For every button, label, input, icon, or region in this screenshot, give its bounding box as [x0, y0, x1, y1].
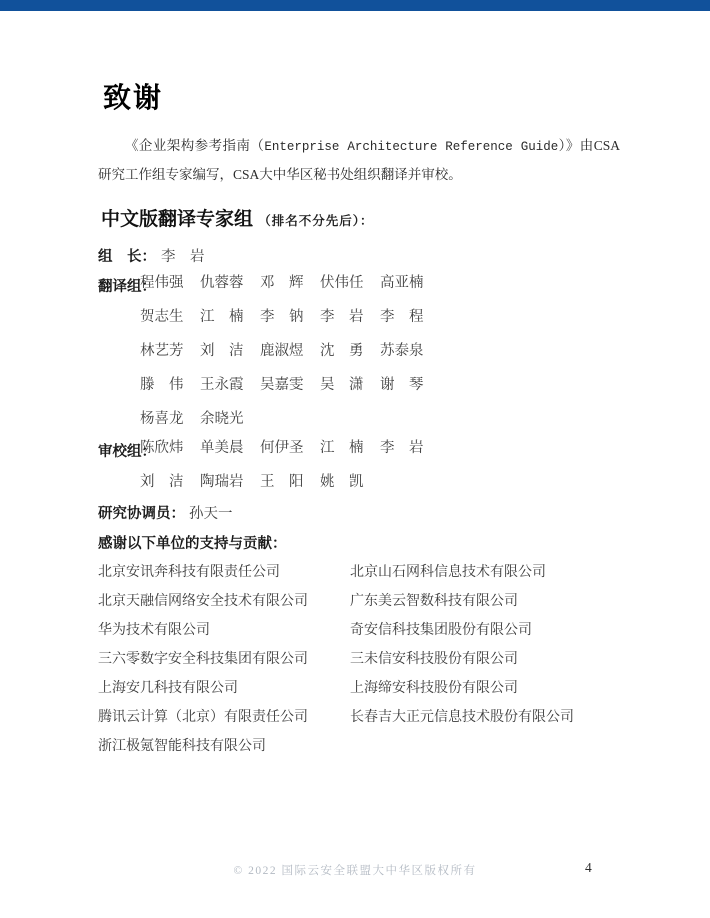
member-name: 滕 伟 [140, 369, 187, 402]
company-name: 腾讯云计算（北京）有限责任公司 [98, 709, 350, 726]
company-name: 北京安讯奔科技有限责任公司 [98, 564, 350, 581]
name-row: 刘 洁陶瑞岩王 阳姚 凯 [140, 465, 440, 499]
company-row: 北京天融信网络安全技术有限公司广东美云智数科技有限公司 [98, 593, 623, 610]
name-row: 程伟强仇蓉蓉邓 辉伏伟任高亚楠 [140, 266, 440, 300]
company-name: 浙江极氪智能科技有限公司 [98, 738, 350, 755]
company-row: 上海安几科技有限公司上海缔安科技股份有限公司 [98, 680, 623, 697]
company-name: 北京天融信网络安全技术有限公司 [98, 593, 350, 610]
member-name: 江 楠 [200, 301, 247, 334]
member-name: 李 岩 [380, 432, 427, 465]
company-name: 上海缔安科技股份有限公司 [350, 680, 623, 697]
reviewers-group: 审校组： 陈欣炜单美晨何伊圣江 楠李 岩 刘 洁陶瑞岩王 阳姚 凯 [98, 431, 440, 499]
member-name: 吴嘉雯 [260, 369, 307, 402]
company-row: 浙江极氪智能科技有限公司 [98, 738, 623, 755]
page-title: 致谢 [103, 76, 163, 116]
header-accent-bar [0, 0, 710, 11]
member-name: 林艺芳 [140, 335, 187, 368]
page-number: 4 [585, 860, 592, 876]
member-name: 刘 洁 [200, 335, 247, 368]
member-name: 王 阳 [260, 466, 307, 499]
section-heading: 中文版翻译专家组 （排名不分先后）： [101, 204, 374, 231]
companies-list: 北京安讯奔科技有限责任公司北京山石网科信息技术有限公司 北京天融信网络安全技术有… [98, 564, 623, 767]
member-name: 邓 辉 [260, 267, 307, 300]
leader-label: 组 长： [98, 249, 156, 265]
member-name: 单美晨 [200, 432, 247, 465]
member-name: 仇蓉蓉 [200, 267, 247, 300]
company-row: 华为技术有限公司奇安信科技集团股份有限公司 [98, 622, 623, 639]
company-row: 三六零数字安全科技集团有限公司三未信安科技股份有限公司 [98, 651, 623, 668]
reviewers-label: 审校组： [98, 440, 156, 461]
member-name: 姚 凯 [320, 466, 367, 499]
coordinator-label: 研究协调员： [98, 506, 185, 522]
name-row: 林艺芳刘 洁鹿淑煜沈 勇苏泰泉 [140, 334, 440, 368]
section-heading-note: （排名不分先后）： [258, 214, 373, 228]
member-name: 沈 勇 [320, 335, 367, 368]
member-name: 鹿淑煜 [260, 335, 307, 368]
intro-text-cn-open: 《企业架构参考指南（ [125, 138, 264, 153]
leader-row: 组 长：李 岩 [98, 245, 205, 266]
member-name: 李 程 [380, 301, 427, 334]
coordinator-row: 研究协调员：孙天一 [98, 502, 233, 523]
section-heading-text: 中文版翻译专家组 [101, 209, 253, 230]
thanks-heading: 感谢以下单位的支持与贡献： [98, 532, 287, 553]
leader-name: 李 岩 [161, 249, 205, 265]
member-name: 何伊圣 [260, 432, 307, 465]
member-name: 苏泰泉 [380, 335, 427, 368]
intro-text-en: Enterprise Architecture Reference Guide [264, 140, 558, 154]
member-name: 江 楠 [320, 432, 367, 465]
member-name: 李 岩 [320, 301, 367, 334]
name-row: 陈欣炜单美晨何伊圣江 楠李 岩 [140, 431, 440, 465]
footer-copyright: © 2022 国际云安全联盟大中华区版权所有 [0, 862, 710, 878]
member-name: 吴 潇 [320, 369, 367, 402]
company-name: 长春吉大正元信息技术股份有限公司 [350, 709, 623, 726]
coordinator-name: 孙天一 [189, 506, 233, 522]
member-name: 李 钠 [260, 301, 307, 334]
company-name: 三六零数字安全科技集团有限公司 [98, 651, 350, 668]
member-name: 谢 琴 [380, 369, 427, 402]
member-name: 伏伟任 [320, 267, 367, 300]
company-name: 北京山石网科信息技术有限公司 [350, 564, 623, 581]
translators-label: 翻译组： [98, 275, 156, 296]
company-name: 三未信安科技股份有限公司 [350, 651, 623, 668]
translators-group: 翻译组： 程伟强仇蓉蓉邓 辉伏伟任高亚楠 贺志生江 楠李 钠李 岩李 程 林艺芳… [98, 266, 440, 436]
member-name: 陶瑞岩 [200, 466, 247, 499]
company-row: 腾讯云计算（北京）有限责任公司长春吉大正元信息技术股份有限公司 [98, 709, 623, 726]
company-name: 广东美云智数科技有限公司 [350, 593, 623, 610]
name-row: 滕 伟王永霞吴嘉雯吴 潇谢 琴 [140, 368, 440, 402]
translators-name-rows: 程伟强仇蓉蓉邓 辉伏伟任高亚楠 贺志生江 楠李 钠李 岩李 程 林艺芳刘 洁鹿淑… [140, 266, 440, 436]
company-name: 华为技术有限公司 [98, 622, 350, 639]
company-row: 北京安讯奔科技有限责任公司北京山石网科信息技术有限公司 [98, 564, 623, 581]
name-row: 贺志生江 楠李 钠李 岩李 程 [140, 300, 440, 334]
member-name: 刘 洁 [140, 466, 187, 499]
member-name: 贺志生 [140, 301, 187, 334]
company-name: 奇安信科技集团股份有限公司 [350, 622, 623, 639]
intro-paragraph: 《企业架构参考指南（Enterprise Architecture Refere… [98, 132, 620, 188]
member-name: 王永霞 [200, 369, 247, 402]
company-name: 上海安几科技有限公司 [98, 680, 350, 697]
member-name: 高亚楠 [380, 267, 427, 300]
reviewers-name-rows: 陈欣炜单美晨何伊圣江 楠李 岩 刘 洁陶瑞岩王 阳姚 凯 [140, 431, 440, 499]
